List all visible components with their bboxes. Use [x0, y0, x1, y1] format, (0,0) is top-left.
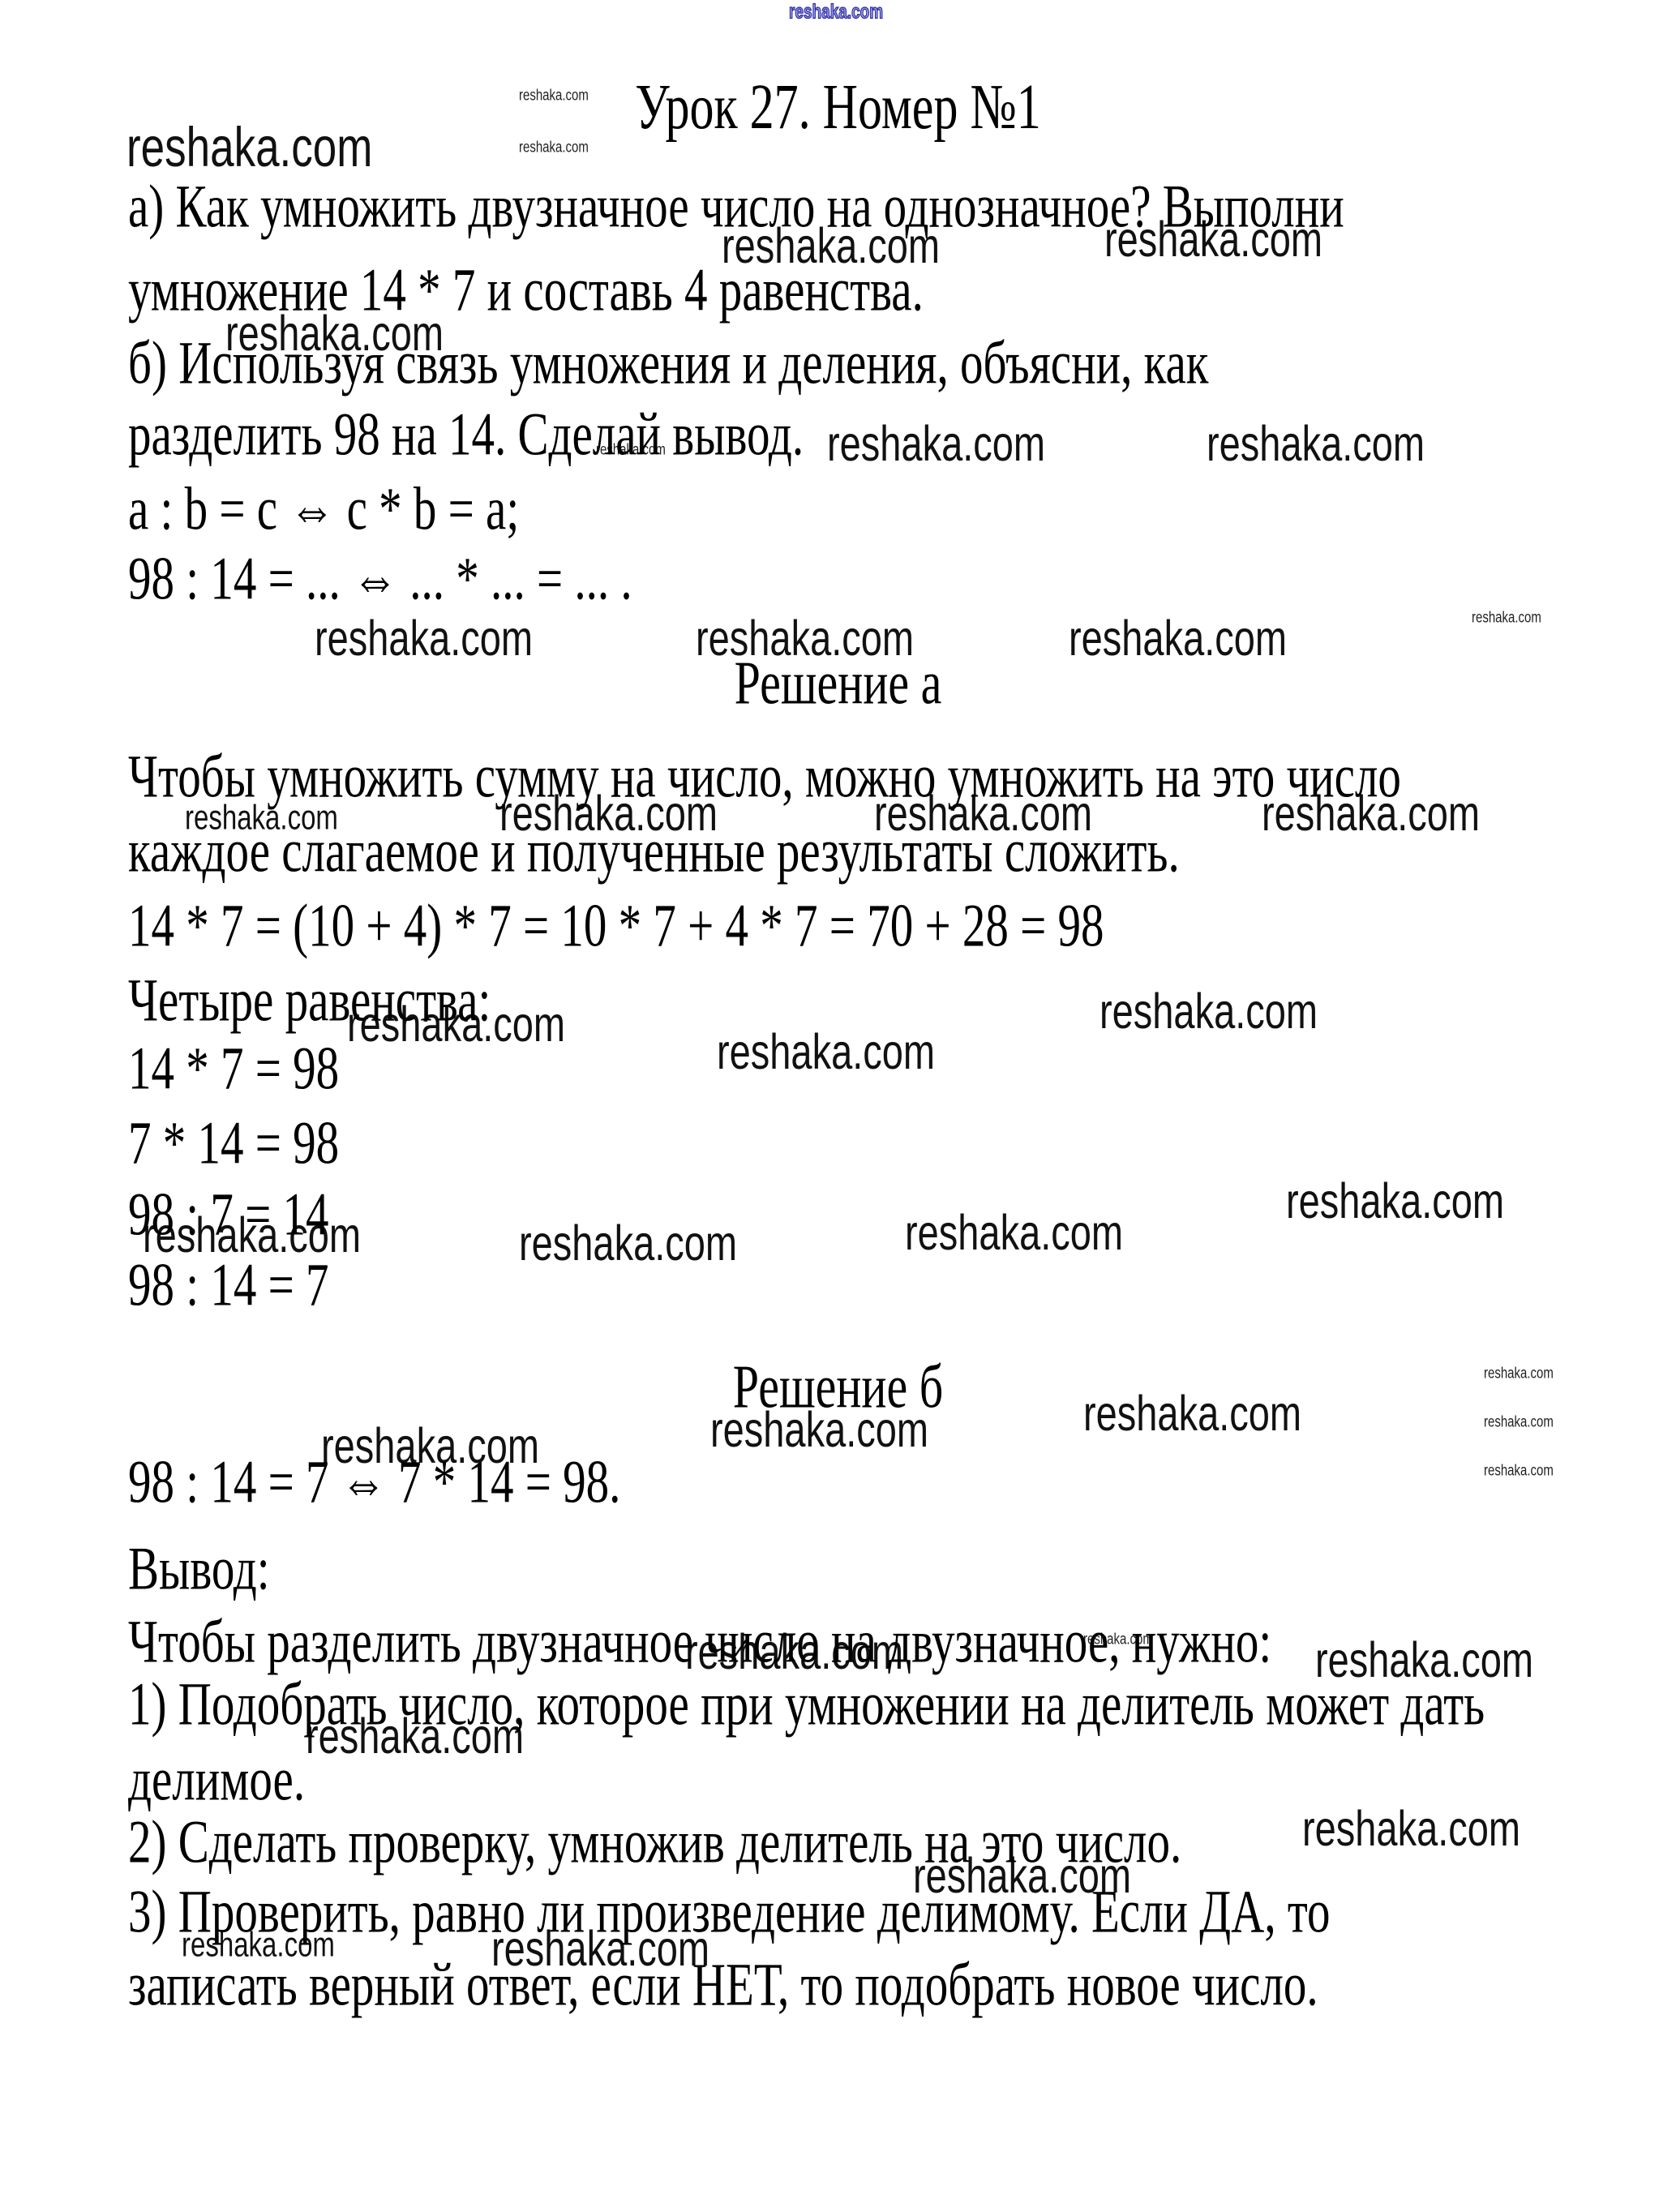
watermark: reshaka.com	[1302, 1803, 1520, 1853]
task-part-b-line1: б) Используя связь умножения и деления, …	[128, 331, 1208, 398]
watermark: reshaka.com	[905, 1207, 1123, 1257]
equality-1: 14 * 7 = 98	[128, 1036, 339, 1104]
solution-a-expansion: 14 * 7 = (10 + 4) * 7 = 10 * 7 + 4 * 7 =…	[128, 894, 1104, 961]
page-title: Урок 27. Номер №1	[0, 71, 1676, 142]
solution-a-heading: Решение а	[0, 649, 1676, 717]
watermark: reshaka.com	[1484, 1463, 1554, 1479]
watermark: reshaka.com	[1472, 610, 1541, 626]
document-page: reshaka.com reshaka.com reshaka.com resh…	[0, 0, 1676, 2212]
task-part-a-line2: умножение 14 * 7 и составь 4 равенства.	[128, 258, 924, 325]
watermark-blue: reshaka.com	[789, 2, 883, 23]
formula-blank: 98 : 14 = ... ⇔ ... * ... = ... .	[128, 547, 632, 614]
formula-general: a : b = c ⇔ c * b = a;	[128, 477, 519, 544]
equalities-label: Четыре равенства:	[128, 968, 491, 1035]
equality-3: 98 : 7 = 14	[128, 1182, 328, 1250]
watermark: reshaka.com	[827, 418, 1045, 468]
conclusion-step3-line1: 3) Проверить, равно ли произведение дели…	[128, 1880, 1330, 1947]
watermark: reshaka.com	[519, 1218, 737, 1267]
task-part-b-line2: разделить 98 на 14. Сделай вывод.	[128, 402, 804, 469]
solution-b-equivalence: 98 : 14 = 7 ⇔ 7 * 14 = 98.	[128, 1450, 620, 1517]
conclusion-intro: Чтобы разделить двузначное число на двуз…	[128, 1610, 1271, 1677]
solution-a-rule-line2: каждое слагаемое и полученные результаты…	[128, 819, 1180, 886]
watermark: reshaka.com	[717, 1027, 935, 1076]
conclusion-step1-line2: делимое.	[128, 1747, 305, 1815]
watermark: reshaka.com	[1207, 418, 1425, 468]
solution-a-rule-line1: Чтобы умножить сумму на число, можно умн…	[128, 744, 1401, 812]
conclusion-label: Вывод:	[128, 1537, 270, 1604]
conclusion-step1-line1: 1) Подобрать число, которое при умножени…	[128, 1672, 1485, 1739]
conclusion-step2: 2) Сделать проверку, умножив делитель на…	[128, 1810, 1181, 1877]
watermark: reshaka.com	[1099, 986, 1318, 1035]
equality-4: 98 : 14 = 7	[128, 1253, 328, 1320]
watermark: reshaka.com	[1286, 1176, 1504, 1225]
task-part-a-line1: а) Как умножить двузначное число на одно…	[128, 174, 1344, 242]
solution-b-heading: Решение б	[0, 1352, 1676, 1421]
conclusion-step3-line2: записать верный ответ, если НЕТ, то подо…	[128, 1953, 1318, 2020]
equality-2: 7 * 14 = 98	[128, 1111, 339, 1178]
